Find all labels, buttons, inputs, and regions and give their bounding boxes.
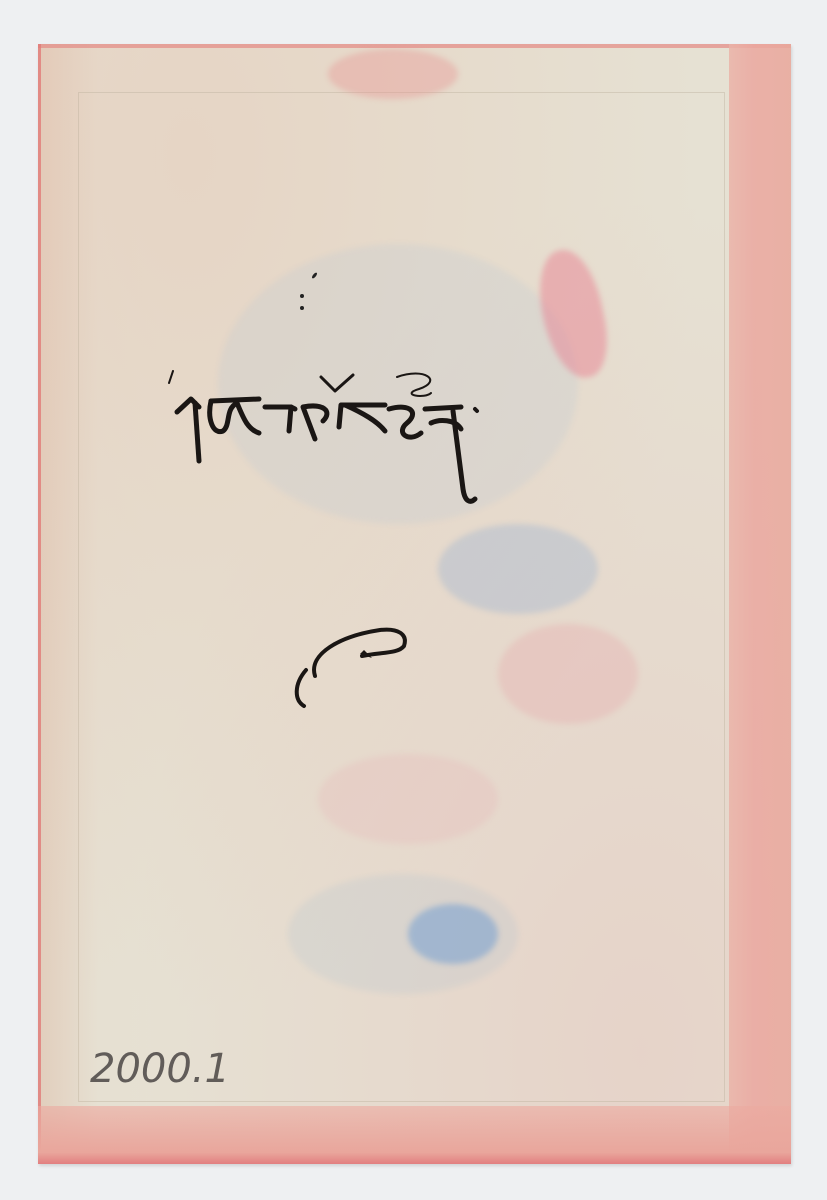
show-through-pink-lower [318,754,498,844]
card-border-right [729,44,791,1164]
show-through-pink-mid [498,624,638,724]
tibetan-inscription-glyphs [163,369,523,519]
accession-number: 2000.1 [90,1046,230,1092]
ink-dot [300,306,304,310]
ink-flourish-mark [280,614,410,714]
card-border-top [38,44,791,48]
card-border-bottom [38,1106,791,1164]
show-through-pink-top [328,49,458,99]
show-through-blue-spot [408,904,498,964]
manuscript-card: ༄།མར་ཡོབ་ཆེན། 2000.1 [38,44,791,1164]
card-border-left [38,44,41,1164]
ink-dot [300,294,304,298]
show-through-blue-robe [438,524,598,614]
